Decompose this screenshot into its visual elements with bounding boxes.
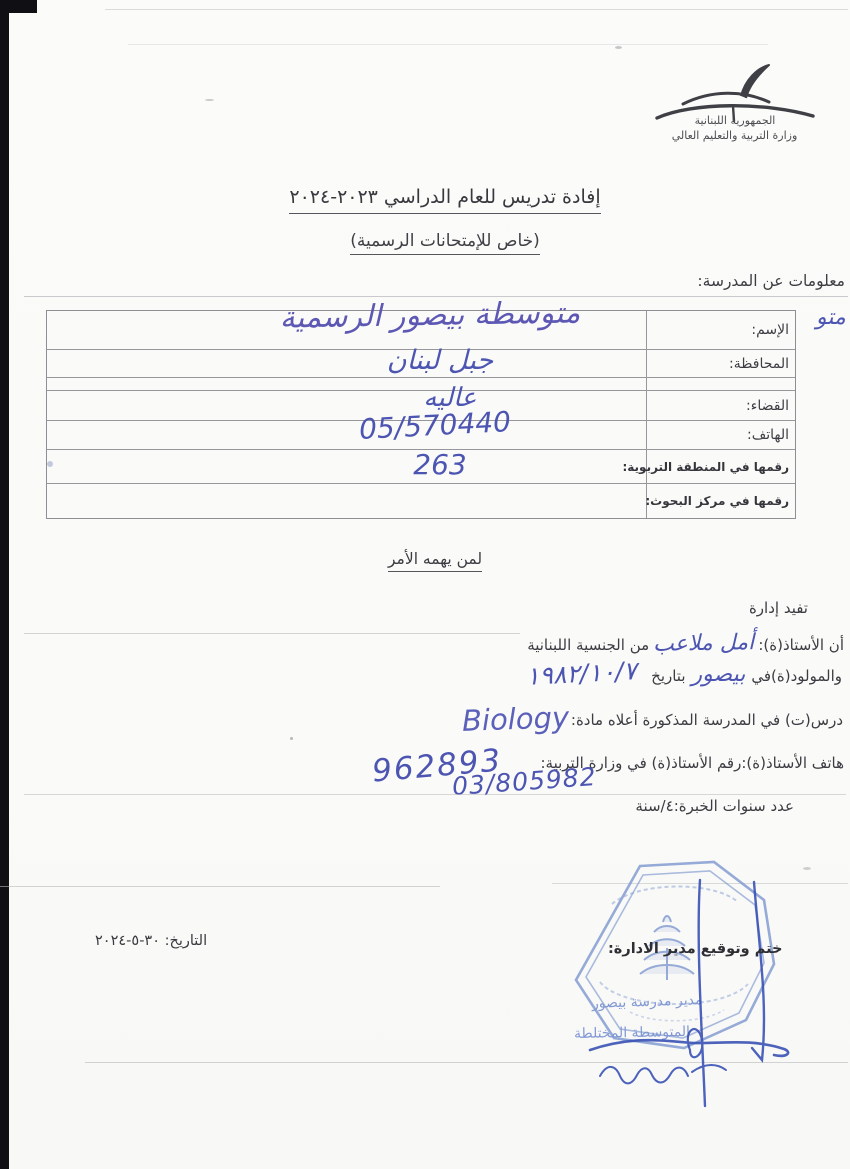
divider-line [24, 794, 846, 795]
table-row: رقمها في مركز البحوث: [47, 483, 795, 518]
table-label-research-number: رقمها في مركز البحوث: [646, 484, 795, 518]
scan-edge-artifact-corner [0, 0, 37, 13]
table-label-district: القضاء: [646, 391, 795, 420]
scan-line-artifact [128, 44, 768, 45]
handwritten-subject: Biology [461, 700, 569, 738]
table-label-spacer [646, 378, 795, 390]
teacher-line-suffix: من الجنسية اللبنانية [527, 636, 649, 654]
to-whom-heading: لمن يهمه الأمر [388, 550, 482, 572]
table-label-phone: الهاتف: [646, 421, 795, 449]
ministry-name-line1: الجمهورية اللبنانية [670, 114, 800, 127]
document-subtitle: (خاص للإمتحانات الرسمية) [350, 231, 540, 255]
table-value-governorate [47, 350, 646, 377]
scan-line-artifact [105, 9, 848, 10]
divider-line [24, 633, 520, 634]
table-label-name: الإسم: [646, 311, 795, 349]
table-value-spacer [47, 378, 646, 390]
handwritten-birth-place: بيصور [692, 662, 746, 687]
document-title: إفادة تدريس للعام الدراسي ٢٠٢٣-٢٠٢٤ [289, 186, 600, 214]
table-label-governorate: المحافظة: [646, 350, 795, 377]
school-stamp-and-signature [542, 852, 850, 1132]
scan-edge-artifact-left [0, 0, 9, 1169]
phone-registry-line: هاتف الأستاذ(ة): رقم الأستاذ(ة) في وزارة… [372, 754, 844, 784]
birth-line: والمولود(ة)في بيصور بتاريخ ١٩٨٢/١٠/٧ [526, 667, 842, 688]
scan-speck [615, 46, 622, 49]
divider-line [24, 296, 848, 297]
birth-line-connector: بتاريخ [651, 667, 685, 685]
handwritten-birth-date: ١٩٨٢/١٠/٧ [526, 656, 638, 691]
handwritten-stray-mark: متو [816, 305, 846, 330]
scan-speck [290, 737, 293, 740]
issuer-line: تفيد إدارة [749, 599, 808, 617]
school-info-heading: معلومات عن المدرسة: [697, 272, 845, 290]
table-label-district-number: رقمها في المنطقة التربوية: [646, 450, 795, 483]
table-value-research-number [47, 484, 646, 518]
teacher-line-prefix: أن الأستاذ(ة): [758, 636, 844, 654]
experience-line: عدد سنوات الخبرة:٤/سنة [635, 797, 794, 815]
teacher-phone-label: هاتف الأستاذ(ة): [741, 754, 844, 772]
date-line: التاريخ: ٣٠-٥-٢٠٢٤ [95, 933, 207, 949]
title-block: إفادة تدريس للعام الدراسي ٢٠٢٣-٢٠٢٤ (خاص… [200, 186, 690, 255]
scan-speck [205, 99, 214, 101]
subject-line-prefix: درس(ت) في المدرسة المذكورة أعلاه مادة: [571, 711, 843, 729]
divider-line [0, 886, 440, 887]
handwritten-school-name: متوسطة بيصور الرسمية [230, 296, 631, 337]
ministry-name-line2: وزارة التربية والتعليم العالي [647, 129, 822, 142]
stamp-caption: ختم وتوقيع مدير الادارة: [608, 941, 782, 957]
handwritten-teacher-name: أمل ملاعب [653, 630, 755, 657]
subject-line: درس(ت) في المدرسة المذكورة أعلاه مادة: B… [462, 711, 843, 736]
table-value-district-number [47, 450, 646, 483]
scanned-document-page: الجمهورية اللبنانية وزارة التربية والتعل… [0, 0, 850, 1169]
handwritten-district-number: 263 [385, 449, 495, 481]
ministry-logo-icon [645, 62, 825, 122]
birth-line-prefix: والمولود(ة)في [751, 667, 842, 685]
handwritten-governorate: جبل لبنان [360, 345, 520, 376]
ministry-header: الجمهورية اللبنانية وزارة التربية والتعل… [645, 62, 825, 162]
teacher-line: أن الأستاذ(ة): أمل ملاعب من الجنسية اللب… [527, 636, 844, 656]
